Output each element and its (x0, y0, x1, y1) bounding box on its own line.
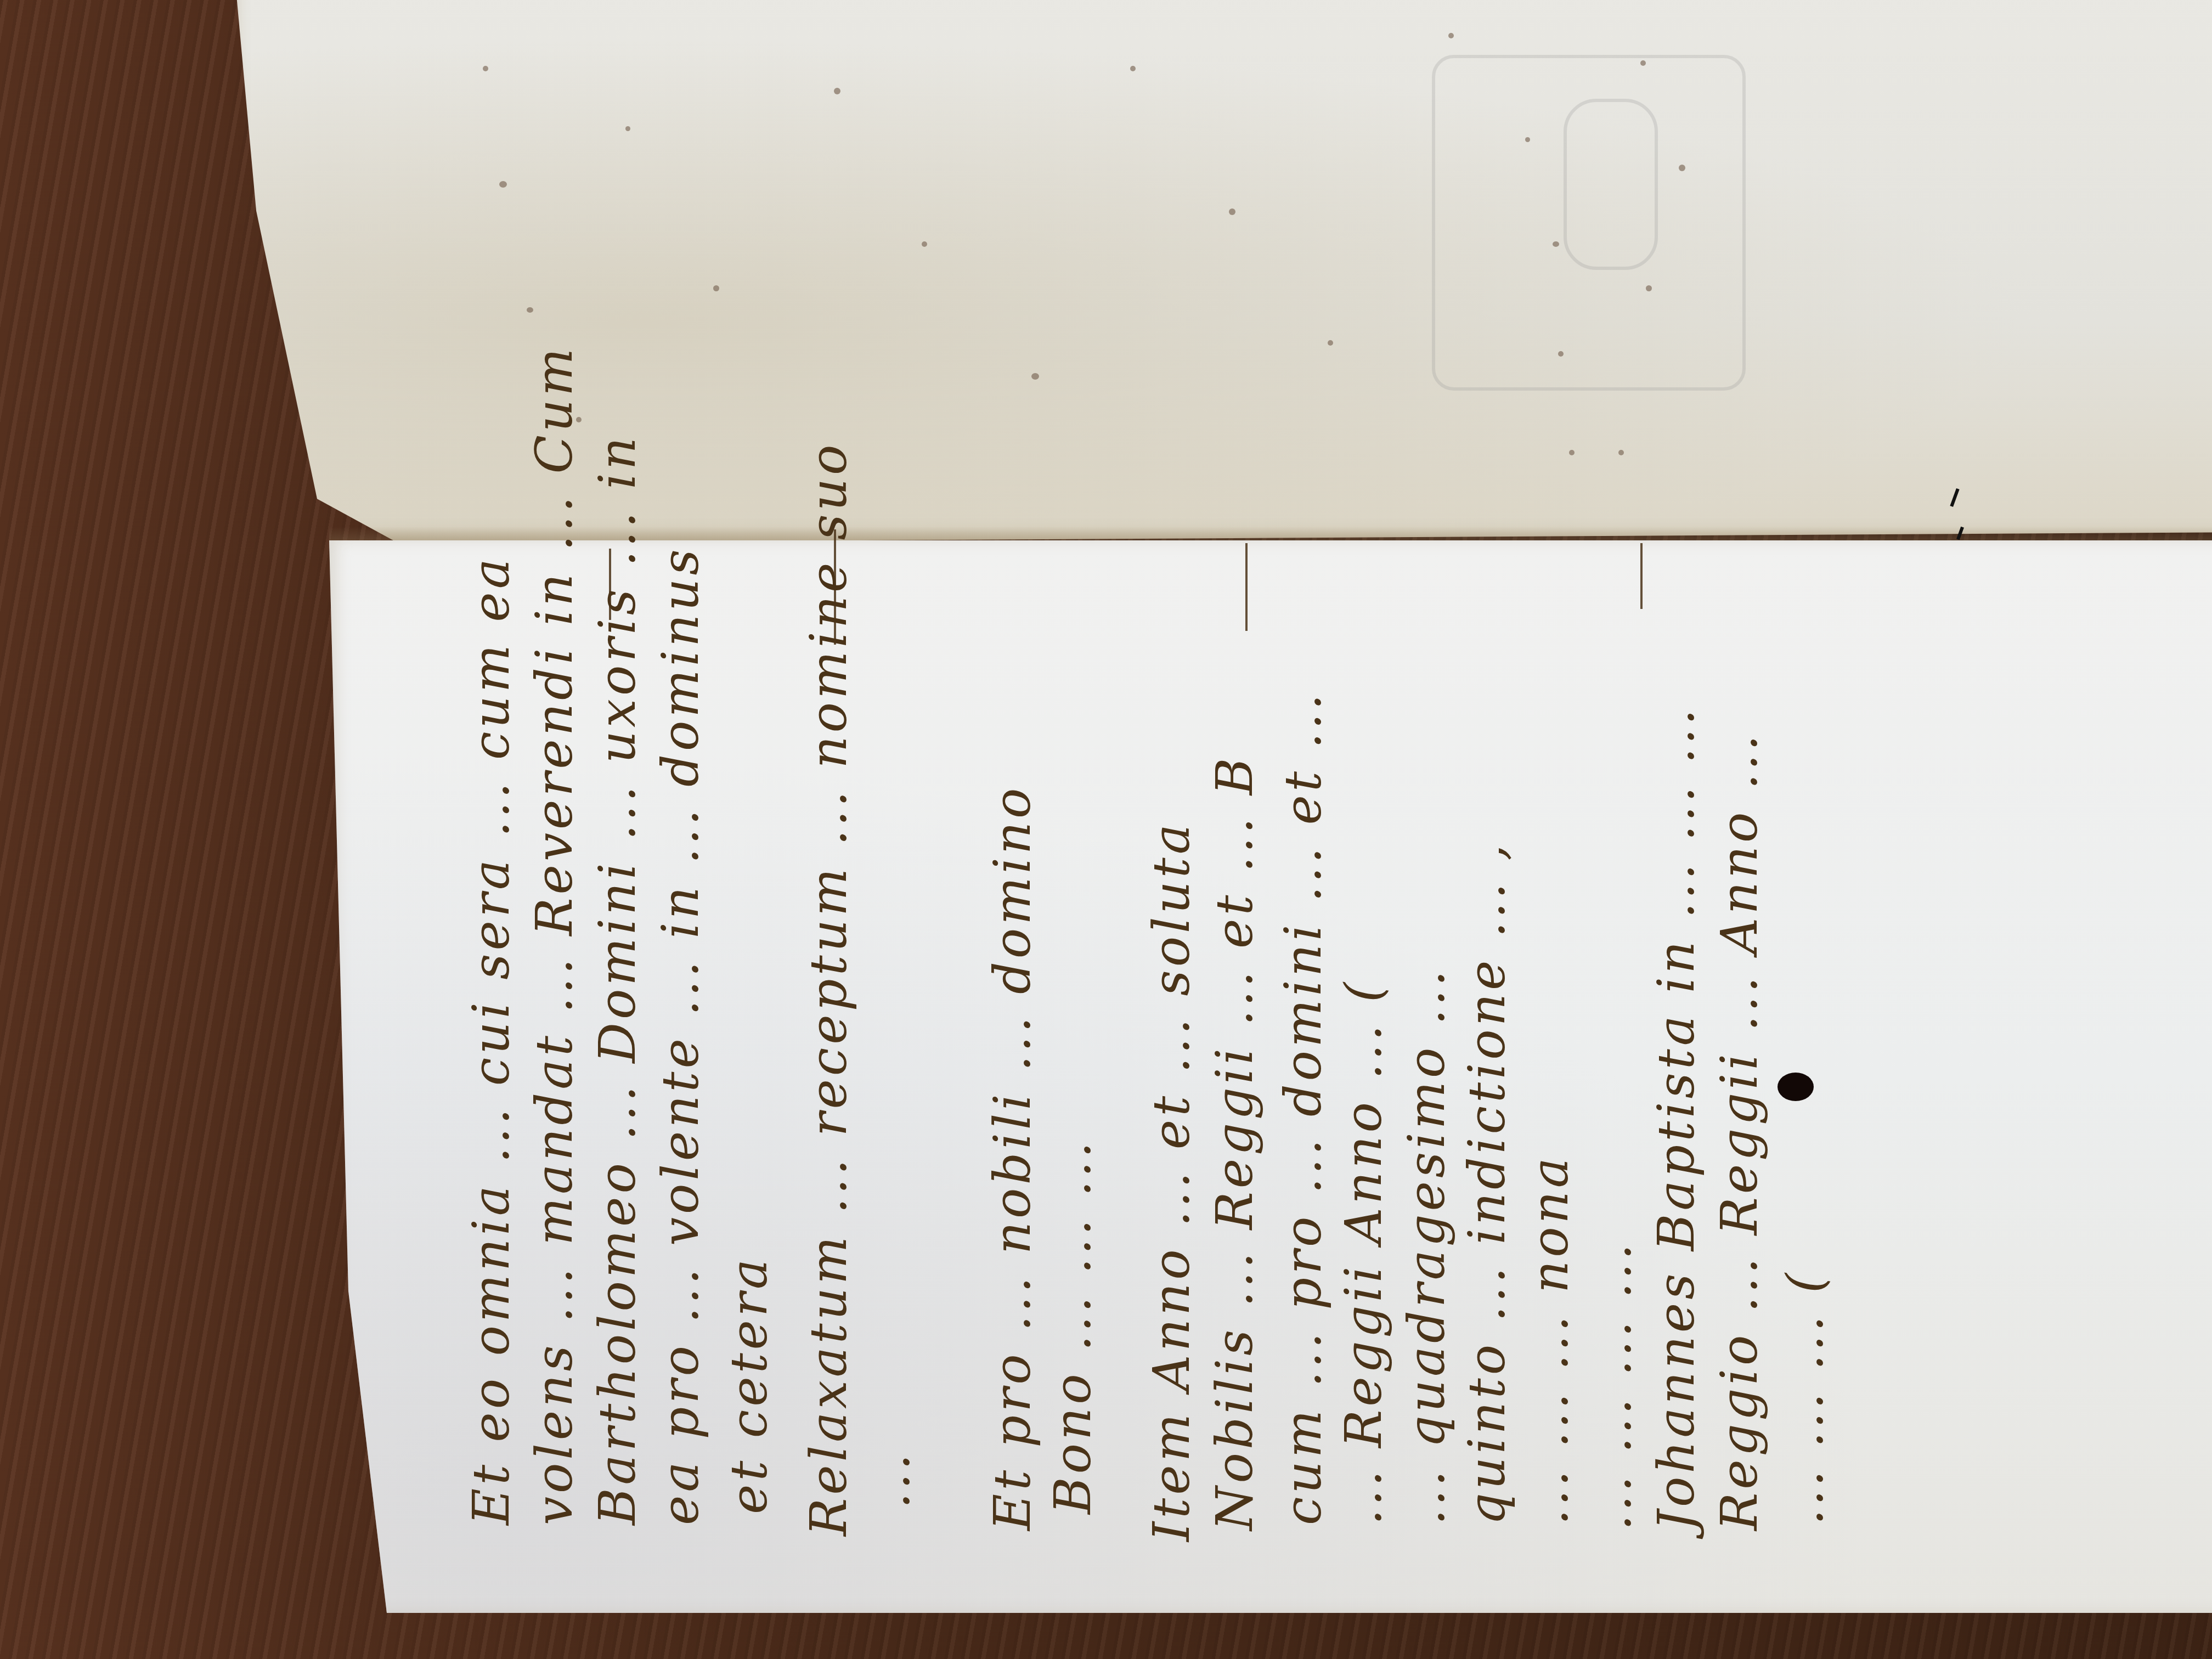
margin-stroke (1640, 543, 1643, 609)
manuscript-line: ... ... ... ( (1780, 1270, 1831, 1525)
manuscript-line: ... quadragesimo ... (1402, 967, 1452, 1525)
manuscript-line: Et eo omnia ... cui sera ... cum ea (466, 555, 517, 1525)
manuscript-line: ... ... ... nona (1525, 1154, 1576, 1525)
manuscript-line: Et pro ... nobili ... domino (988, 785, 1038, 1531)
manuscript-line: Bartholomeo ... Domini ... uxoris ... in (592, 434, 643, 1525)
manuscript-line: volens ... mandat ... Reverendi in ... C… (529, 345, 580, 1525)
manuscript-line: ea pro ... volente ... in ... dominus (656, 546, 706, 1525)
manuscript-line: quinto ... indictione ... , (1462, 841, 1513, 1525)
manuscript-line: ... (867, 1451, 917, 1509)
manuscript-line: Johannes Baptista in ... ... ... (1651, 706, 1702, 1531)
manuscript-line: ... Reggii Anno ... ( (1339, 979, 1389, 1525)
faint-stamp-impression-inner (1564, 99, 1658, 270)
manuscript-line: Item Anno ... et ... soluta (1147, 821, 1197, 1542)
manuscript-line: ... ... ... ... (1588, 1240, 1639, 1531)
manuscript-line: Nobilis ... Reggii ... et ... B (1210, 755, 1260, 1531)
manuscript-line: Bono ... ... ... (1048, 1138, 1098, 1514)
manuscript-line: Relaxatum ... receptum ... nomine suo (804, 442, 854, 1536)
manuscript-line: Reggio ... Reggii ... Anno ... (1714, 732, 1765, 1531)
paper-hole (1778, 1073, 1814, 1101)
margin-stroke (1245, 543, 1248, 631)
manuscript-line: et cetera (724, 1256, 775, 1514)
manuscript-line: cum ... pro ... domini ... et ... (1278, 691, 1329, 1525)
